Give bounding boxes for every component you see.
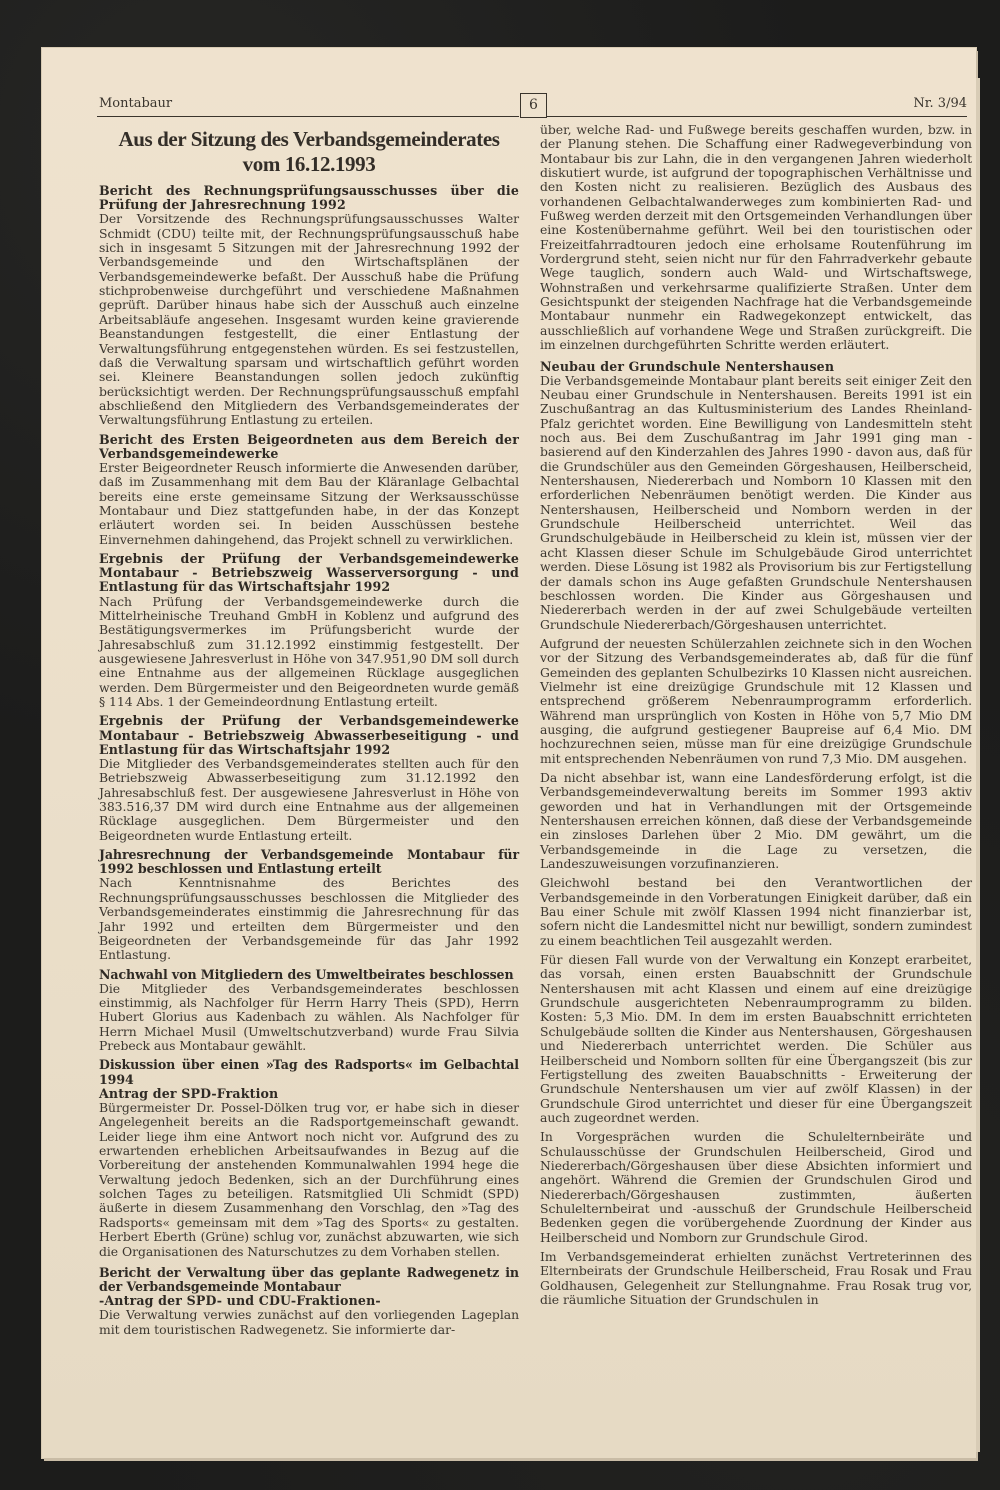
section-body: Die Mitglieder des Verbandsgemeinderates…: [99, 982, 519, 1054]
section-body: Nach Kenntnisnahme des Berichtes des Rec…: [99, 876, 519, 962]
article-title-line1: Aus der Sitzung des Verbandsgemeinderate…: [99, 127, 519, 152]
section-body: Bürgermeister Dr. Possel-Dölken trug vor…: [99, 1101, 519, 1259]
paragraph: Im Verbandsgemeinderat erhielten zunächs…: [540, 1250, 972, 1307]
paragraph: Für diesen Fall wurde von der Verwaltung…: [540, 953, 972, 1125]
right-column: über, welche Rad- und Fußwege bereits ge…: [540, 123, 972, 1307]
section-body: Der Vorsitzende des Rechnungsprüfungsaus…: [99, 212, 519, 427]
page-number-box: 6: [520, 93, 547, 118]
section-heading: Bericht des Ersten Beigeordneten aus dem…: [99, 433, 519, 461]
section-body: Die Verwaltung verwies zunächst auf den …: [99, 1308, 519, 1337]
paragraph: Gleichwohl bestand bei den Verantwortlic…: [540, 876, 972, 948]
section-subheading: Antrag der SPD-Fraktion: [99, 1087, 519, 1101]
section-heading: Ergebnis der Prüfung der Verbandsgemeind…: [99, 552, 519, 595]
continued-paragraph: über, welche Rad- und Fußwege bereits ge…: [540, 123, 972, 353]
section-heading: Nachwahl von Mitgliedern des Umweltbeira…: [99, 968, 519, 982]
section-heading: Neubau der Grundschule Nentershausen: [540, 360, 972, 374]
left-column: Aus der Sitzung des Verbandsgemeinderate…: [99, 123, 519, 1337]
header-rule-left: [97, 116, 519, 117]
section-body: Nach Prüfung der Verbandsgemeindewerke d…: [99, 595, 519, 710]
paragraph: In Vorgesprächen wurden die Schulelternb…: [540, 1130, 972, 1245]
newspaper-page: Montabaur 6 Nr. 3/94 Aus der Sitzung des…: [42, 48, 976, 1458]
section-heading: Diskussion über einen »Tag des Radsports…: [99, 1058, 519, 1086]
paragraph: Die Verbandsgemeinde Montabaur plant ber…: [540, 374, 972, 632]
section-heading: Bericht des Rechnungsprüfungsausschusses…: [99, 184, 519, 212]
section-subheading: -Antrag der SPD- und CDU-Fraktionen-: [99, 1294, 519, 1308]
section-body: Erster Beigeordneter Reusch informierte …: [99, 461, 519, 547]
section-heading: Ergebnis der Prüfung der Verbandsgemeind…: [99, 714, 519, 757]
article-title-line2: vom 16.12.1993: [99, 152, 519, 177]
paragraph: Aufgrund der neuesten Schülerzahlen zeic…: [540, 637, 972, 766]
article-title: Aus der Sitzung des Verbandsgemeinderate…: [99, 127, 519, 177]
header-place: Montabaur: [99, 96, 172, 111]
section-body: Die Mitglieder des Verbandsgemeinderates…: [99, 757, 519, 843]
section-heading: Bericht der Verwaltung über das geplante…: [99, 1266, 519, 1294]
header-rule-right: [547, 116, 967, 117]
header-issue: Nr. 3/94: [913, 96, 967, 111]
paragraph: Da nicht absehbar ist, wann eine Landesf…: [540, 771, 972, 871]
page-header: Montabaur 6 Nr. 3/94: [97, 92, 967, 118]
section-heading: Jahresrechnung der Verbandsgemeinde Mont…: [99, 848, 519, 876]
